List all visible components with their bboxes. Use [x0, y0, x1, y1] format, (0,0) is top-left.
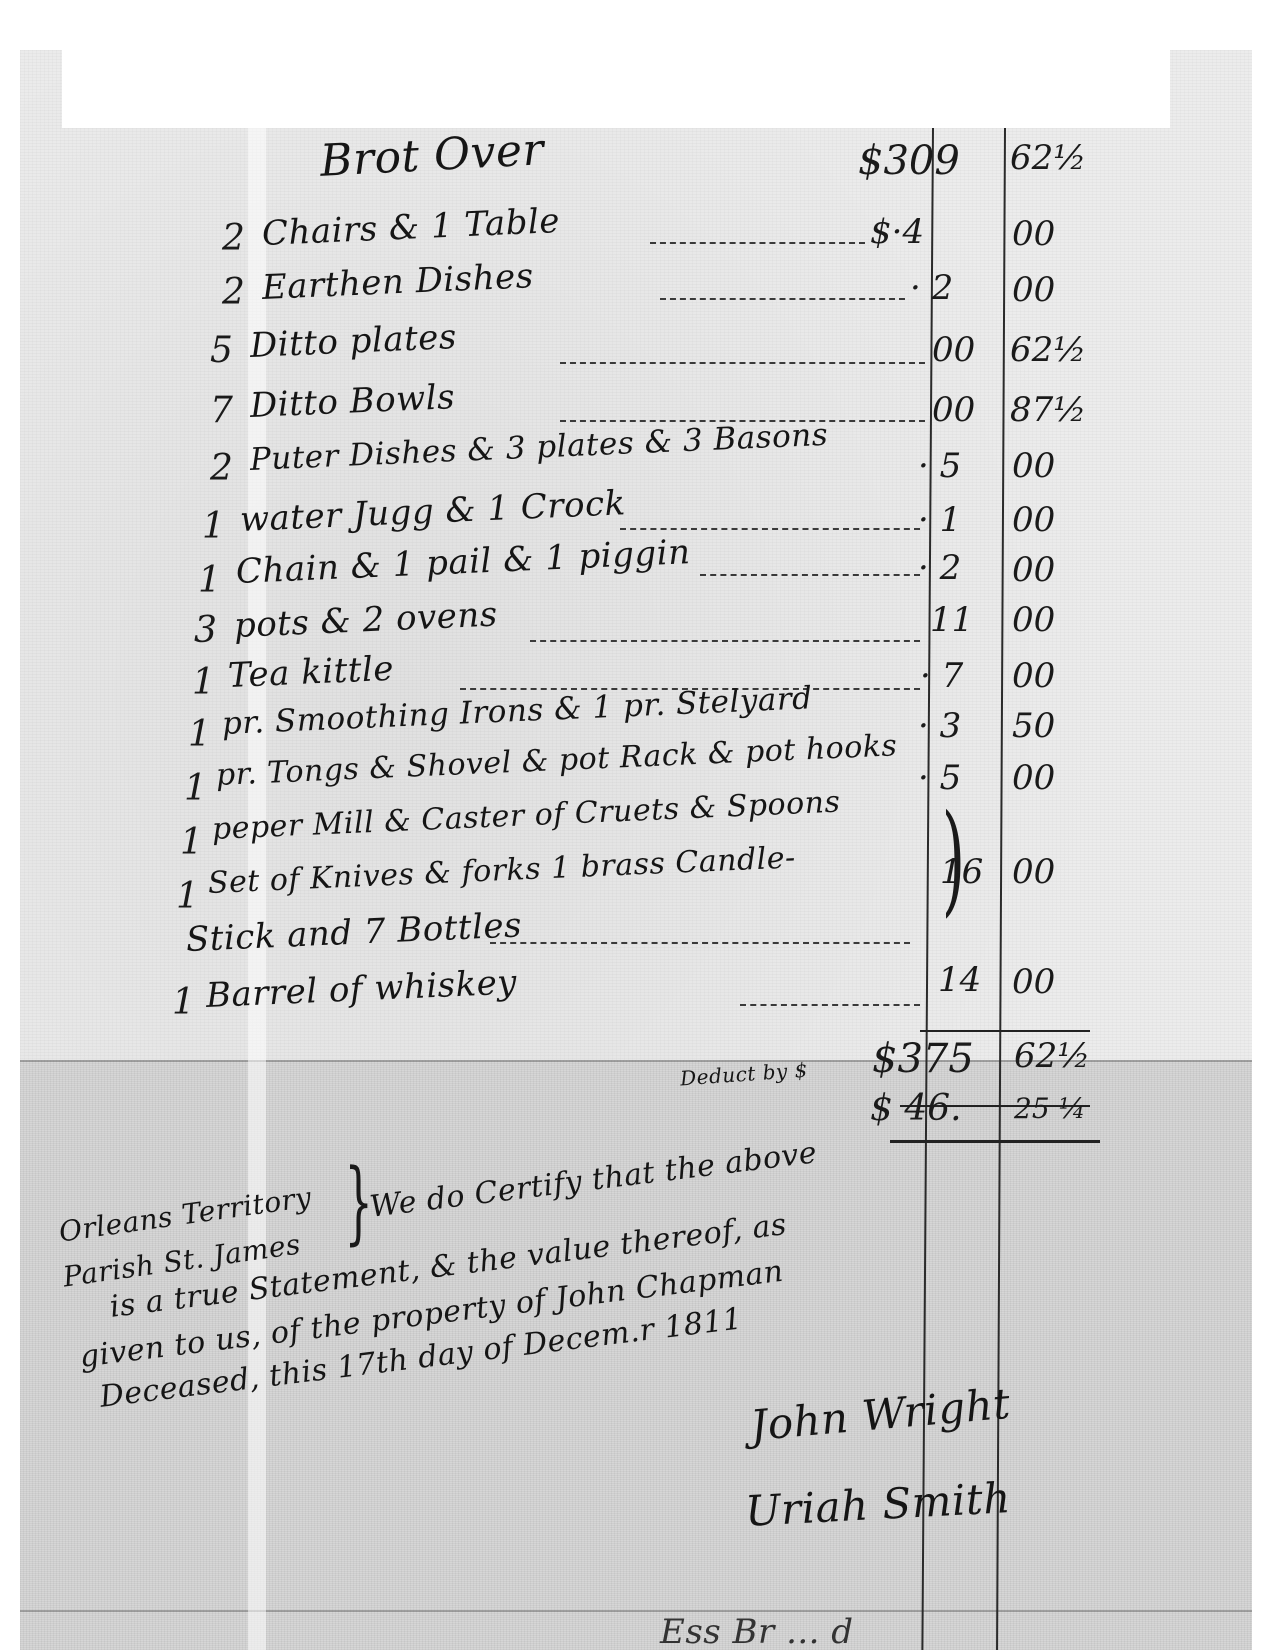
- brought-over-dollars: $309: [858, 138, 960, 184]
- item-cents: 00: [1012, 758, 1055, 798]
- item-qty: 1: [188, 714, 211, 755]
- item-qty: 1: [184, 768, 207, 809]
- leader-dashes: [650, 242, 865, 244]
- item-cents: 00: [1012, 500, 1055, 540]
- item-qty: 1: [172, 982, 195, 1023]
- item-description: Tea kittle: [227, 649, 395, 696]
- item-cents: 00: [1012, 214, 1055, 254]
- item-cents: 50: [1012, 706, 1055, 746]
- item-cents: 62½: [1010, 330, 1086, 370]
- bottom-edge-fragment: Ess Br ... d: [660, 1612, 854, 1650]
- item-dollars: $·4: [870, 212, 924, 252]
- page-top-margin: [62, 50, 1170, 128]
- leader-dashes: [560, 362, 925, 364]
- deduction-dollars: $ 46.: [870, 1088, 962, 1129]
- leader-dashes: [700, 574, 920, 576]
- item-dollars: 00: [932, 390, 975, 430]
- item-cents: 00: [1012, 852, 1055, 892]
- item-qty: 5: [210, 330, 233, 371]
- item-qty: 2: [210, 448, 233, 489]
- leader-dashes: [660, 298, 905, 300]
- item-cents: 00: [1012, 656, 1055, 696]
- item-qty: 3: [194, 610, 217, 651]
- total-dollars: $375: [872, 1036, 974, 1082]
- leader-dashes: [490, 942, 910, 944]
- item-dollars: 14: [938, 960, 981, 1000]
- item-cents: 00: [1012, 446, 1055, 486]
- item-dollars: · 2: [918, 548, 961, 588]
- lower-fold-line: [20, 1610, 1252, 1612]
- item-dollars: 00: [932, 330, 975, 370]
- leader-dashes: [620, 528, 920, 530]
- item-dollars: · 5: [918, 446, 961, 486]
- item-cents: 00: [1012, 270, 1055, 310]
- item-cents: 00: [1012, 600, 1055, 640]
- deduction-cents: 25 ¼: [1014, 1092, 1086, 1125]
- item-qty: 1: [198, 560, 221, 601]
- item-qty: 7: [210, 390, 233, 431]
- item-dollars: · 2: [910, 268, 953, 308]
- item-dollars: · 1: [918, 500, 961, 540]
- item-qty: 1: [176, 876, 199, 917]
- total-cents: 62½: [1014, 1036, 1090, 1076]
- brought-over-cents: 62½: [1010, 138, 1086, 178]
- item-dollars: · 7: [920, 656, 963, 696]
- item-qty: 1: [202, 506, 225, 547]
- item-grouping-bracket: ): [942, 790, 965, 929]
- item-qty: 1: [192, 662, 215, 703]
- leader-dashes: [740, 1004, 920, 1006]
- item-qty: 1: [180, 822, 203, 863]
- item-cents: 00: [1012, 962, 1055, 1002]
- item-qty: 2: [222, 218, 245, 259]
- item-dollars: · 3: [918, 706, 961, 746]
- item-dollars: 11: [930, 600, 973, 640]
- total-rule: [920, 1030, 1090, 1032]
- item-cents: 00: [1012, 550, 1055, 590]
- item-cents: 87½: [1010, 390, 1086, 430]
- leader-dashes: [530, 640, 920, 642]
- item-qty: 2: [222, 272, 245, 313]
- double-underline: [890, 1140, 1100, 1143]
